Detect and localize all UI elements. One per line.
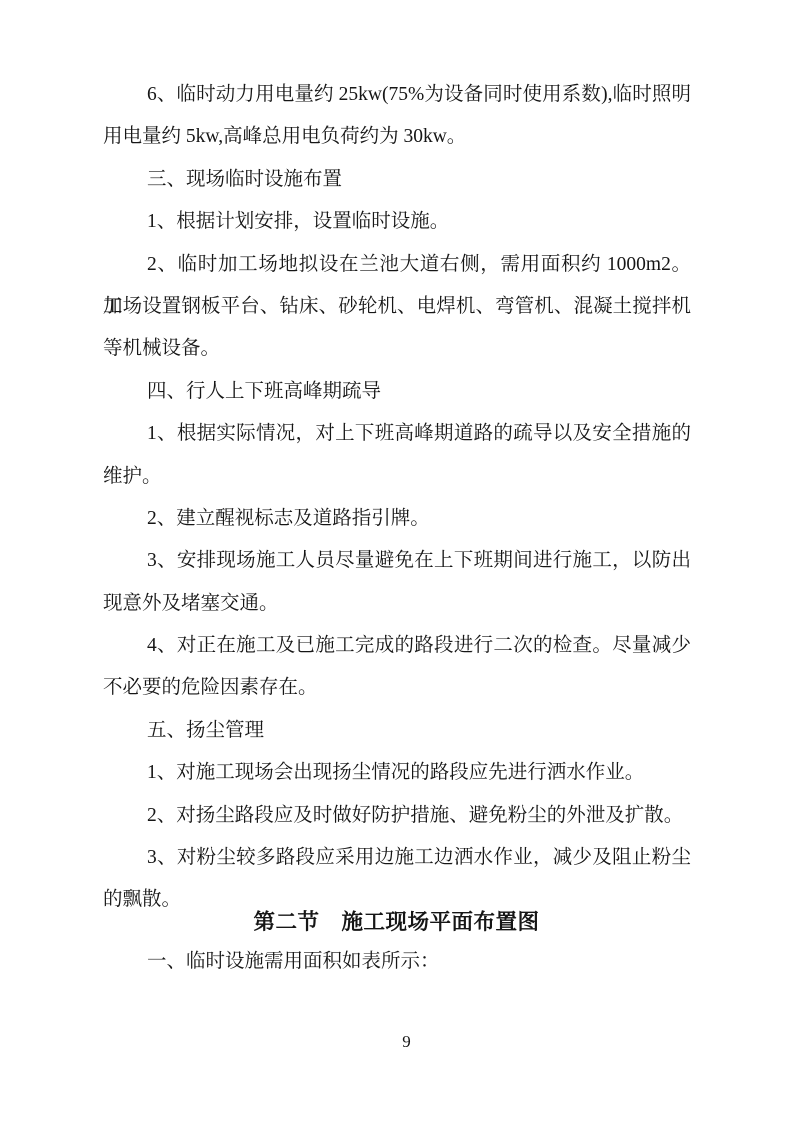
subsection-heading-5: 五、扬尘管理 [103, 710, 691, 752]
body-line: 2、临时加工场地拟设在兰池大道右侧，需用面积约 1000m2。加 [103, 244, 691, 286]
page-number: 9 [10, 1031, 793, 1053]
body-line: 2、对扬尘路段应及时做好防护措施、避免粉尘的外泄及扩散。 [103, 795, 691, 837]
document-body: 6、临时动力用电量约 25kw(75%为设备同时使用系数),临时照明 用电量约 … [103, 74, 691, 922]
body-line: 1、对施工现场会出现扬尘情况的路段应先进行洒水作业。 [103, 752, 691, 794]
body-line: 等机械设备。 [103, 328, 691, 370]
body-line: 1、根据计划安排，设置临时设施。 [103, 201, 691, 243]
body-line: 用电量约 5kw,高峰总用电负荷约为 30kw。 [103, 116, 691, 158]
body-line: 1、根据实际情况，对上下班高峰期道路的疏导以及安全措施的 [103, 413, 691, 455]
body-line: 3、安排现场施工人员尽量避免在上下班期间进行施工，以防出 [103, 540, 691, 582]
body-line: 6、临时动力用电量约 25kw(75%为设备同时使用系数),临时照明 [103, 74, 691, 116]
body-line: 不必要的危险因素存在。 [103, 667, 691, 709]
body-line: 2、建立醒视标志及道路指引牌。 [103, 498, 691, 540]
subsection-heading-4: 四、行人上下班高峰期疏导 [103, 371, 691, 413]
body-line: 3、对粉尘较多路段应采用边施工边洒水作业，减少及阻止粉尘 [103, 837, 691, 879]
body-line: 4、对正在施工及已施工完成的路段进行二次的检查。尽量减少 [103, 625, 691, 667]
body-line: 现意外及堵塞交通。 [103, 583, 691, 625]
body-line: 维护。 [103, 456, 691, 498]
subsection-heading-3: 三、现场临时设施布置 [103, 159, 691, 201]
body-line: 工场设置钢板平台、钻床、砂轮机、电焊机、弯管机、混凝土搅拌机 [103, 286, 691, 328]
section-heading: 第二节 施工现场平面布置图 [0, 904, 793, 940]
document-page: 6、临时动力用电量约 25kw(75%为设备同时使用系数),临时照明 用电量约 … [0, 0, 793, 1122]
table-intro-line: 一、临时设施需用面积如表所示： [103, 944, 691, 980]
